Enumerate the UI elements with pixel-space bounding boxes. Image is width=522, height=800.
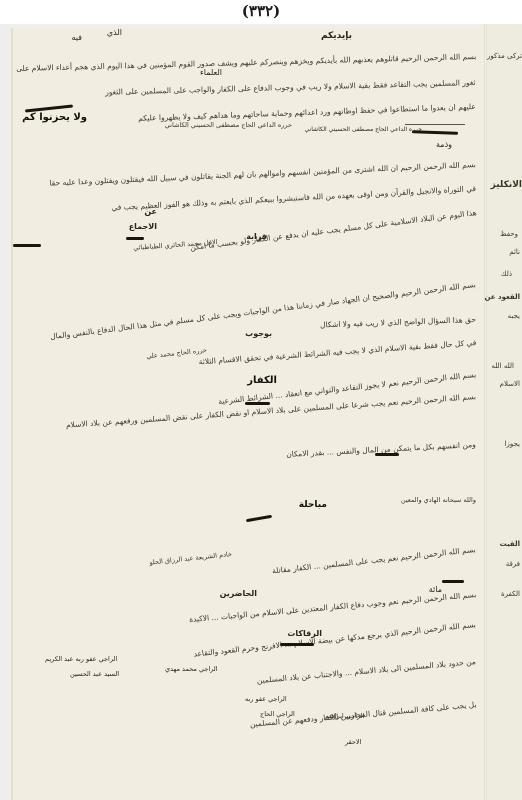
separator: [405, 124, 465, 125]
page-number: (٣٣٢): [0, 2, 522, 20]
adjacent-page-text: الانكليز: [491, 180, 522, 190]
page-header: (٣٣٢): [0, 0, 522, 24]
strikethrough: [13, 244, 41, 247]
adjacent-page-text: يجوزا: [505, 440, 520, 448]
manuscript-line: والله سبحانه الهادي والمعين: [401, 496, 476, 504]
strikethrough: [442, 580, 464, 583]
signature: الاحقر: [345, 738, 361, 746]
marginal-note: بوجوب: [245, 329, 272, 338]
marginal-note: قرابة: [246, 232, 267, 241]
adjacent-page-text: القيت: [500, 540, 520, 548]
marginal-note: ولا يحزنوا كم: [22, 112, 87, 123]
strikethrough: [245, 402, 270, 405]
adjacent-page-text: نائم: [509, 248, 520, 256]
marginal-note: الرقاكات: [287, 629, 322, 638]
adjacent-page-text: يجبه: [508, 312, 520, 320]
strikethrough: [375, 453, 399, 456]
adjacent-page: [487, 24, 522, 800]
marginal-note: الاجماع: [129, 222, 157, 231]
signature: السيد عبد الحسين: [70, 670, 119, 678]
strikethrough: [126, 237, 144, 240]
marginal-note: الكفار: [247, 375, 277, 386]
adjacent-page-text: الكفرة: [501, 590, 520, 598]
signature: الراجي ابراهيم: [325, 712, 364, 720]
adjacent-page-text: القعود عن: [484, 293, 520, 301]
marginal-note: فيه: [71, 33, 82, 42]
marginal-note: الذي: [107, 28, 122, 37]
marginal-note: بإيديكم: [321, 31, 352, 41]
signature: حرره الداعي الحاج مصطفى الحسيني الكاشاني: [305, 126, 422, 133]
signature: الراجي عفو ربه: [245, 695, 287, 703]
adjacent-page-text: فرقة: [506, 560, 520, 568]
signature: الراجي الحاج: [260, 710, 295, 718]
marginal-note: وذمة: [436, 140, 452, 149]
signature: الراجي عفو ربه عبد الكريم: [45, 655, 117, 663]
signature: حرره الداعي الحاج مصطفى الحسيني الكاشاني: [165, 121, 292, 129]
marginal-note: مباحلة: [299, 500, 327, 510]
strikethrough: [280, 643, 314, 646]
adjacent-page-text: وحفظ: [500, 230, 518, 238]
marginal-note: العلماء: [200, 68, 222, 77]
marginal-note: الحاضرين: [220, 589, 257, 598]
marginal-note: عن: [144, 207, 157, 216]
adjacent-page-text: الله الله: [491, 362, 514, 370]
adjacent-page-text: الاسلام: [500, 380, 520, 388]
adjacent-page-text: تركى مذكور: [487, 52, 522, 60]
signature: الراجي محمد مهدي: [165, 665, 218, 673]
adjacent-page-text: ذلك: [501, 270, 512, 278]
